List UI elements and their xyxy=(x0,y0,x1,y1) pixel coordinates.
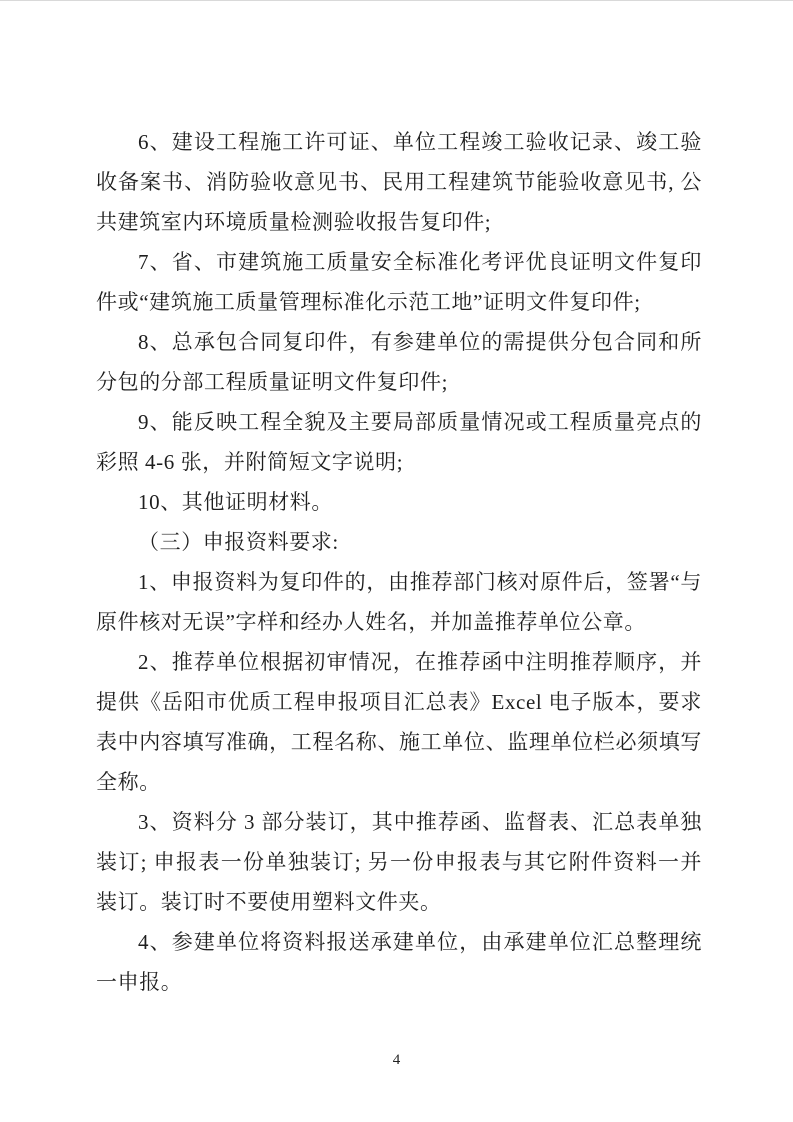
paragraph-requirement-2: 2、推荐单位根据初审情况，在推荐函中注明推荐顺序，并提供《岳阳市优质工程申报项目… xyxy=(96,642,702,802)
paragraph-item-8: 8、总承包合同复印件，有参建单位的需提供分包合同和所分包的分部工程质量证明文件复… xyxy=(96,322,702,402)
page-number: 4 xyxy=(0,1052,793,1069)
scan-edge-artifact xyxy=(0,0,793,1)
paragraph-item-6: 6、建设工程施工许可证、单位工程竣工验收记录、竣工验收备案书、消防验收意见书、民… xyxy=(96,122,702,242)
section-heading-3: （三）申报资料要求: xyxy=(96,522,702,562)
document-body: 6、建设工程施工许可证、单位工程竣工验收记录、竣工验收备案书、消防验收意见书、民… xyxy=(96,122,702,1002)
paragraph-requirement-4: 4、参建单位将资料报送承建单位，由承建单位汇总整理统一申报。 xyxy=(96,922,702,1002)
paragraph-item-9: 9、能反映工程全貌及主要局部质量情况或工程质量亮点的彩照 4-6 张，并附简短文… xyxy=(96,402,702,482)
paragraph-item-10: 10、其他证明材料。 xyxy=(96,482,702,522)
paragraph-requirement-1: 1、申报资料为复印件的，由推荐部门核对原件后，签署“与原件核对无误”字样和经办人… xyxy=(96,562,702,642)
paragraph-item-7: 7、省、市建筑施工质量安全标准化考评优良证明文件复印件或“建筑施工质量管理标准化… xyxy=(96,242,702,322)
paragraph-requirement-3: 3、资料分 3 部分装订，其中推荐函、监督表、汇总表单独装订; 申报表一份单独装… xyxy=(96,802,702,922)
document-page: 6、建设工程施工许可证、单位工程竣工验收记录、竣工验收备案书、消防验收意见书、民… xyxy=(0,0,793,1122)
